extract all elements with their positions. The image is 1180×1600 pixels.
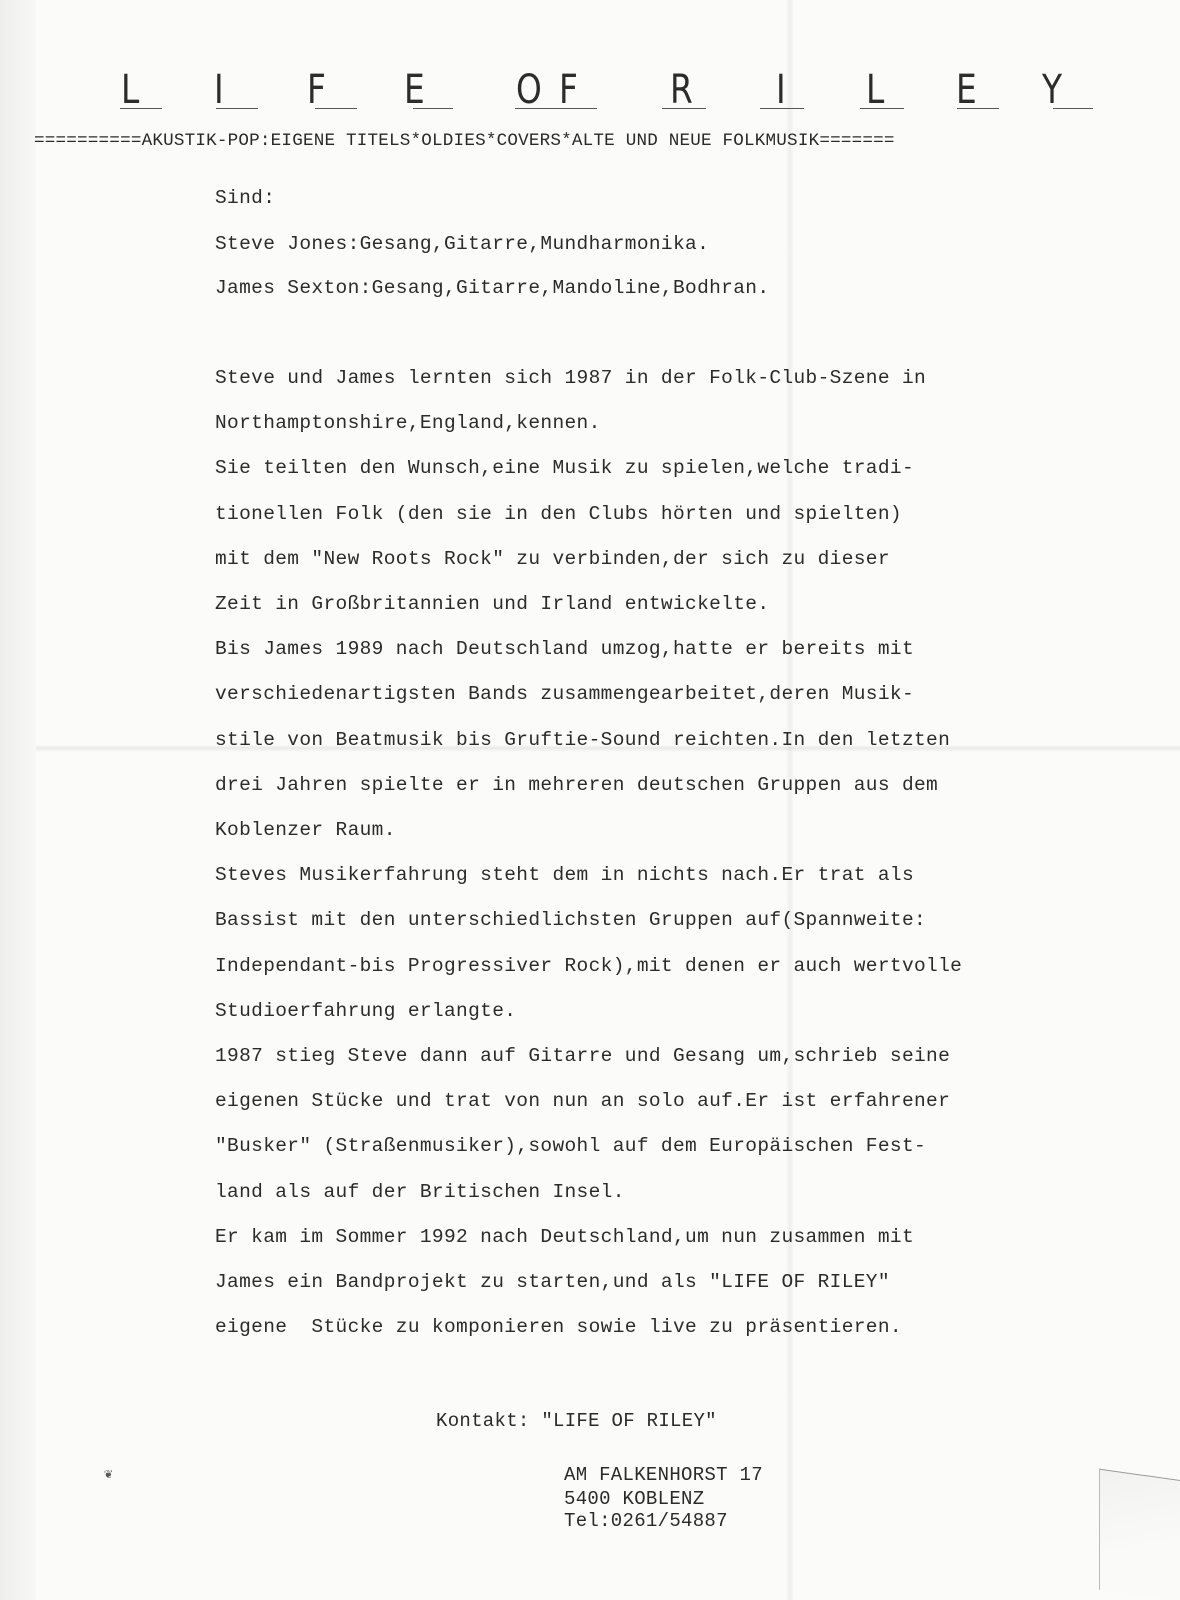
- title-letter: E: [404, 68, 425, 112]
- biography-line: eigenen Stücke und trat von nun an solo …: [215, 1089, 950, 1113]
- title-underline: [515, 108, 597, 109]
- contact-label: Kontakt: "LIFE OF RILEY": [436, 1410, 717, 1432]
- title-letter: I: [214, 68, 224, 112]
- folded-corner: [1099, 1469, 1180, 1600]
- title-underline: [413, 108, 453, 109]
- biography-line: Zeit in Großbritannien und Irland entwic…: [215, 592, 769, 616]
- members-intro: Sind:: [215, 186, 275, 210]
- biography-line: Koblenzer Raum.: [215, 818, 396, 842]
- ink-smudge: ❦: [104, 1466, 114, 1476]
- biography-line: 1987 stieg Steve dann auf Gitarre und Ge…: [215, 1044, 950, 1068]
- biography-line: verschiedenartigsten Bands zusammengearb…: [215, 682, 914, 706]
- biography-line: drei Jahren spielte er in mehreren deuts…: [215, 773, 938, 797]
- biography-line: Northamptonshire,England,kennen.: [215, 411, 601, 435]
- biography-line: Bassist mit den unterschiedlichsten Grup…: [215, 908, 926, 932]
- biography-line: Steve und James lernten sich 1987 in der…: [215, 366, 926, 390]
- member-item: James Sexton:Gesang,Gitarre,Mandoline,Bo…: [215, 276, 769, 300]
- title-letter: L: [121, 68, 139, 112]
- title-underline: [662, 108, 706, 109]
- paper-edge-shadow: [0, 0, 36, 1600]
- biography-line: stile von Beatmusik bis Gruftie-Sound re…: [215, 728, 950, 752]
- title-underline: [315, 108, 357, 109]
- title-underline: [760, 108, 804, 109]
- contact-street: AM FALKENHORST 17: [564, 1464, 763, 1486]
- title-underline: [120, 108, 162, 109]
- biography-line: Er kam im Sommer 1992 nach Deutschland,u…: [215, 1225, 914, 1249]
- title-underline: [957, 108, 999, 109]
- title-underline: [216, 108, 258, 109]
- biography-line: tionellen Folk (den sie in den Clubs hör…: [215, 502, 902, 526]
- contact-phone: Tel:0261/54887: [564, 1510, 728, 1532]
- title-underline: [1053, 108, 1093, 109]
- biography-line: eigene Stücke zu komponieren sowie live …: [215, 1315, 902, 1339]
- title-underline: [860, 108, 904, 109]
- member-item: Steve Jones:Gesang,Gitarre,Mundharmonika…: [215, 232, 709, 256]
- title-letter: I: [776, 68, 786, 112]
- title-letter: O: [516, 68, 542, 112]
- genre-subtitle: ==========AKUSTIK-POP:EIGENE TITELS*OLDI…: [34, 130, 895, 152]
- band-title: L I F E O F R I L E Y: [0, 68, 1180, 118]
- biography-line: Sie teilten den Wunsch,eine Musik zu spi…: [215, 456, 914, 480]
- biography-line: mit dem "New Roots Rock" zu verbinden,de…: [215, 547, 890, 571]
- biography-line: Steves Musikerfahrung steht dem in nicht…: [215, 863, 914, 887]
- biography-line: "Busker" (Straßenmusiker),sowohl auf dem…: [215, 1134, 926, 1158]
- biography-line: Studioerfahrung erlangte.: [215, 999, 516, 1023]
- contact-city: 5400 KOBLENZ: [564, 1488, 704, 1510]
- title-letter: L: [866, 68, 884, 112]
- biography-line: James ein Bandprojekt zu starten,und als…: [215, 1270, 890, 1294]
- title-letter: F: [307, 68, 326, 112]
- biography-line: Independant-bis Progressiver Rock),mit d…: [215, 954, 962, 978]
- title-letter: R: [670, 68, 693, 112]
- biography-line: Bis James 1989 nach Deutschland umzog,ha…: [215, 637, 914, 661]
- title-letter: F: [559, 68, 578, 112]
- title-letter: Y: [1042, 68, 1062, 112]
- biography-line: land als auf der Britischen Insel.: [215, 1180, 625, 1204]
- title-letter: E: [956, 68, 977, 112]
